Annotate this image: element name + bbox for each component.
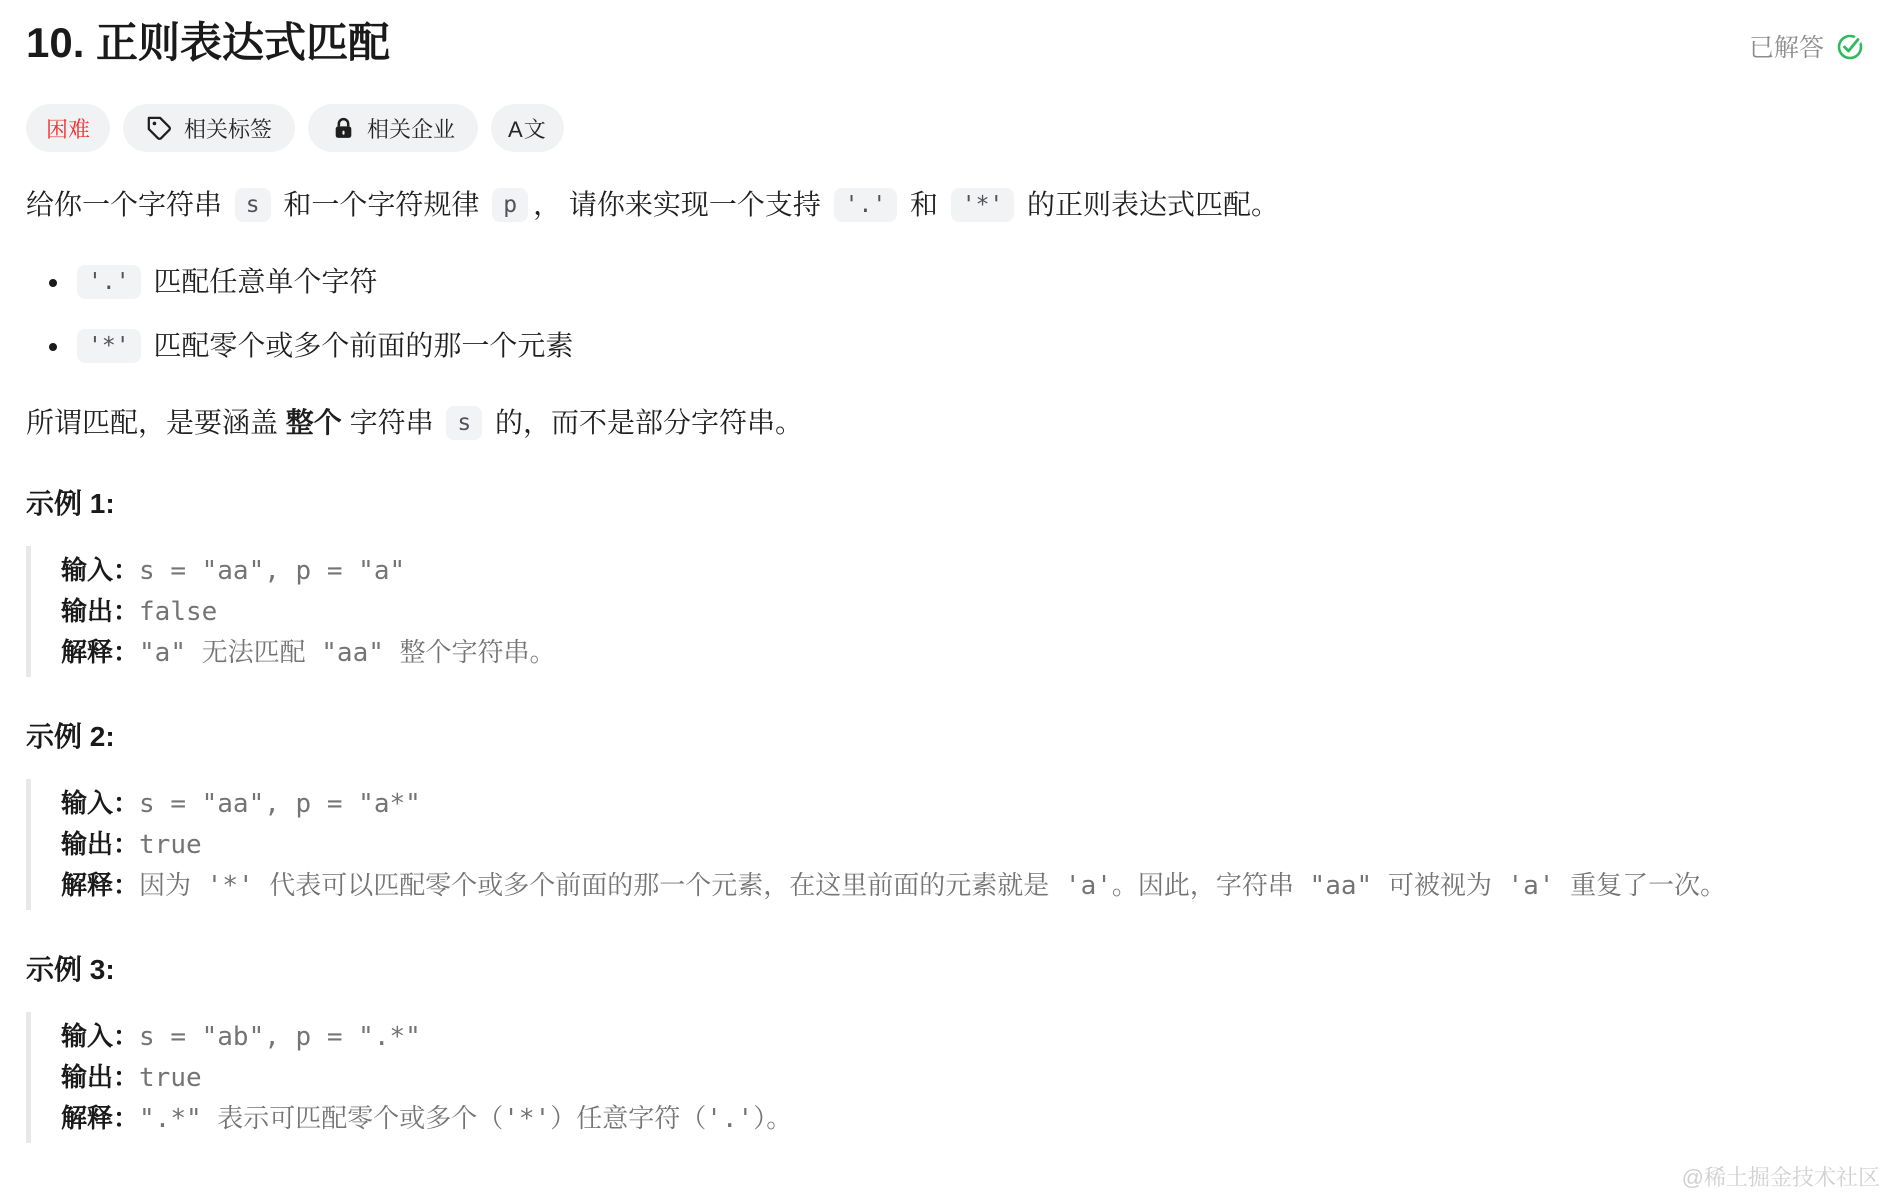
example-3-input: 输入：s = "ab", p = ".*" <box>61 1016 1866 1057</box>
related-tags-button[interactable]: 相关标签 <box>123 104 295 152</box>
explain-value: 因为 '*' 代表可以匹配零个或多个前面的那一个元素，在这里前面的元素就是 'a… <box>139 871 1726 901</box>
example-2-output: 输出：true <box>61 824 1866 865</box>
example-2-input: 输入：s = "aa", p = "a*" <box>61 783 1866 824</box>
example-2-block: 输入：s = "aa", p = "a*" 输出：true 解释：因为 '*' … <box>26 779 1866 910</box>
text-segment: 的，而不是部分字符串。 <box>487 407 803 438</box>
input-label: 输入： <box>61 788 139 818</box>
text-segment: ， 请你来实现一个支持 <box>533 189 829 220</box>
output-label: 输出： <box>61 1062 139 1092</box>
header-row: 10. 正则表达式匹配 已解答 <box>26 18 1866 68</box>
inline-code: s <box>446 406 482 440</box>
example-1-output: 输出：false <box>61 591 1866 632</box>
check-circle-icon <box>1834 30 1866 62</box>
inline-code: '.' <box>834 188 898 222</box>
problem-statement: 给你一个字符串 s 和一个字符规律 p， 请你来实现一个支持 '.' 和 '*'… <box>26 184 1866 226</box>
text-segment: 字符串 <box>342 407 442 438</box>
text-segment: 所谓匹配，是要涵盖 <box>26 407 286 438</box>
example-1-heading: 示例 1: <box>26 486 1866 522</box>
inline-code: p <box>492 188 528 222</box>
problem-page: 10. 正则表达式匹配 已解答 困难 相关标签 <box>0 0 1892 1143</box>
related-companies-button[interactable]: 相关企业 <box>308 104 478 152</box>
text-segment: 整个 <box>286 407 342 438</box>
explain-label: 解释： <box>61 637 139 667</box>
related-companies-label: 相关企业 <box>367 113 455 144</box>
explain-label: 解释： <box>61 1103 139 1133</box>
explain-value: ".*" 表示可匹配零个或多个（'*'）任意字符（'.'）。 <box>139 1104 792 1134</box>
tag-row: 困难 相关标签 相关企业 A文 <box>26 104 1866 152</box>
translate-icon: A文 <box>508 113 547 144</box>
inline-code: '*' <box>77 329 141 363</box>
related-tags-label: 相关标签 <box>184 113 272 144</box>
difficulty-badge[interactable]: 困难 <box>26 104 110 152</box>
solved-label: 已解答 <box>1749 28 1824 64</box>
input-label: 输入： <box>61 1021 139 1051</box>
lock-icon <box>331 116 356 141</box>
explain-value: "a" 无法匹配 "aa" 整个字符串。 <box>139 638 556 668</box>
example-3-explanation: 解释：".*" 表示可匹配零个或多个（'*'）任意字符（'.'）。 <box>61 1098 1866 1139</box>
input-value: s = "aa", p = "a*" <box>139 789 421 819</box>
output-value: false <box>139 597 217 627</box>
translate-button[interactable]: A文 <box>491 104 564 152</box>
input-value: s = "ab", p = ".*" <box>139 1022 421 1052</box>
match-note: 所谓匹配，是要涵盖 整个 字符串 s 的，而不是部分字符串。 <box>26 402 1866 444</box>
page-title: 10. 正则表达式匹配 <box>26 18 390 68</box>
rule-star: '*' 匹配零个或多个前面的那一个元素 <box>72 326 1866 366</box>
example-3-heading: 示例 3: <box>26 952 1866 988</box>
inline-code: '.' <box>77 265 141 299</box>
text-segment: 和 <box>902 189 946 220</box>
pattern-rules-list: '.' 匹配任意单个字符 '*' 匹配零个或多个前面的那一个元素 <box>26 262 1866 366</box>
example-1-block: 输入：s = "aa", p = "a" 输出：false 解释："a" 无法匹… <box>26 546 1866 677</box>
example-2-heading: 示例 2: <box>26 719 1866 755</box>
output-label: 输出： <box>61 829 139 859</box>
explain-label: 解释： <box>61 870 139 900</box>
text-segment: 匹配零个或多个前面的那一个元素 <box>146 330 574 361</box>
inline-code: s <box>235 188 271 222</box>
example-2-explanation: 解释：因为 '*' 代表可以匹配零个或多个前面的那一个元素，在这里前面的元素就是… <box>61 865 1866 906</box>
example-1-explanation: 解释："a" 无法匹配 "aa" 整个字符串。 <box>61 632 1866 673</box>
example-3-block: 输入：s = "ab", p = ".*" 输出：true 解释：".*" 表示… <box>26 1012 1866 1143</box>
example-1-input: 输入：s = "aa", p = "a" <box>61 550 1866 591</box>
input-label: 输入： <box>61 555 139 585</box>
output-value: true <box>139 1063 202 1093</box>
text-segment: 的正则表达式匹配。 <box>1019 189 1279 220</box>
difficulty-label: 困难 <box>46 113 90 144</box>
input-value: s = "aa", p = "a" <box>139 556 405 586</box>
rule-dot: '.' 匹配任意单个字符 <box>72 262 1866 302</box>
text-segment: 给你一个字符串 <box>26 189 230 220</box>
inline-code: '*' <box>951 188 1015 222</box>
output-label: 输出： <box>61 596 139 626</box>
tag-icon <box>146 115 173 142</box>
text-segment: 匹配任意单个字符 <box>146 266 378 297</box>
output-value: true <box>139 830 202 860</box>
example-3-output: 输出：true <box>61 1057 1866 1098</box>
text-segment: 和一个字符规律 <box>276 189 488 220</box>
watermark: @稀土掘金技术社区 <box>1682 1161 1880 1192</box>
solved-badge: 已解答 <box>1749 28 1866 64</box>
